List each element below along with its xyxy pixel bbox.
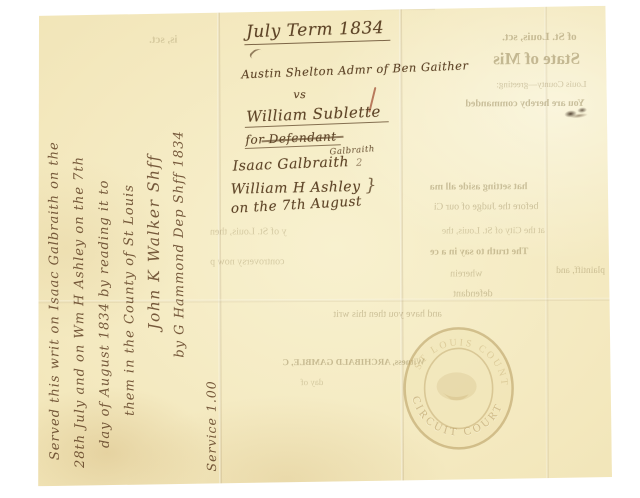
return-line-4: them in the County of St Louis xyxy=(116,26,143,416)
paper-sheet: July Term 1834 Austin Shelton Admr of Be… xyxy=(35,6,612,487)
bleedthrough-line: and have you then this writ xyxy=(333,308,442,319)
bleedthrough-line: controversy now p xyxy=(210,256,284,267)
bleedthrough-line: Louis County—greeting: xyxy=(496,79,586,89)
bleedthrough-line: y of St. Louis, then xyxy=(210,226,287,237)
bleedthrough-line: at the City of St. Louis, the xyxy=(442,226,545,236)
docket-versus: vs xyxy=(293,88,306,101)
bleedthrough-line: State of Mis xyxy=(493,49,580,69)
docket-defendant-line: William Sublette xyxy=(244,102,389,128)
bleedthrough-line: plaintiff, and xyxy=(556,266,605,276)
bleedthrough-line: day of xyxy=(301,377,324,387)
bleedthrough-line: wherein xyxy=(450,268,482,279)
bleedthrough-line: hat setting aside all ma xyxy=(430,181,528,192)
bleedthrough-line: The truth to say in a ce xyxy=(430,246,528,257)
bleedthrough-line: is, sct. xyxy=(149,34,177,46)
return-line-1: Served this writ on Isaac Galbraith on t… xyxy=(41,26,68,460)
docket-plaintiff-line: Austin Shelton Admr of Ben Gaither xyxy=(241,58,469,81)
return-line-2: 28th July and on Wm H Ashley on the 7th xyxy=(66,26,93,468)
embossed-court-seal: ST LOUIS COUNTY CIRCUIT COURT xyxy=(396,322,521,455)
sheriff-signature: John K Walker Shff xyxy=(141,26,167,330)
witness-name-1: Isaac Galbraith2 xyxy=(232,154,363,175)
fold-crease-right xyxy=(544,6,549,484)
ink-smudge xyxy=(562,104,594,121)
seal-center-device xyxy=(437,372,477,400)
deputy-signature-line: by G Hammond Dep Shff 1834 xyxy=(166,26,192,358)
bleedthrough-line: of St. Louis, sct. xyxy=(502,31,577,43)
ink-flourish xyxy=(247,47,270,63)
witness-1-text: Isaac Galbraith xyxy=(232,154,349,175)
scanned-document: July Term 1834 Austin Shelton Admr of Be… xyxy=(0,0,640,498)
service-return-rotated: Served this writ on Isaac Galbraith on t… xyxy=(41,25,224,478)
return-line-3: day of August 1834 by reading it to xyxy=(91,26,118,448)
docket-term-line: July Term 1834 xyxy=(244,18,391,45)
witness-brace: } xyxy=(365,175,377,195)
witness-1-mark: 2 xyxy=(356,158,363,169)
service-fee-note: Service 1.00 xyxy=(197,25,224,471)
bleedthrough-line: before the Judge of our Ci xyxy=(434,201,539,212)
bleedthrough-line: defendant xyxy=(453,288,492,299)
